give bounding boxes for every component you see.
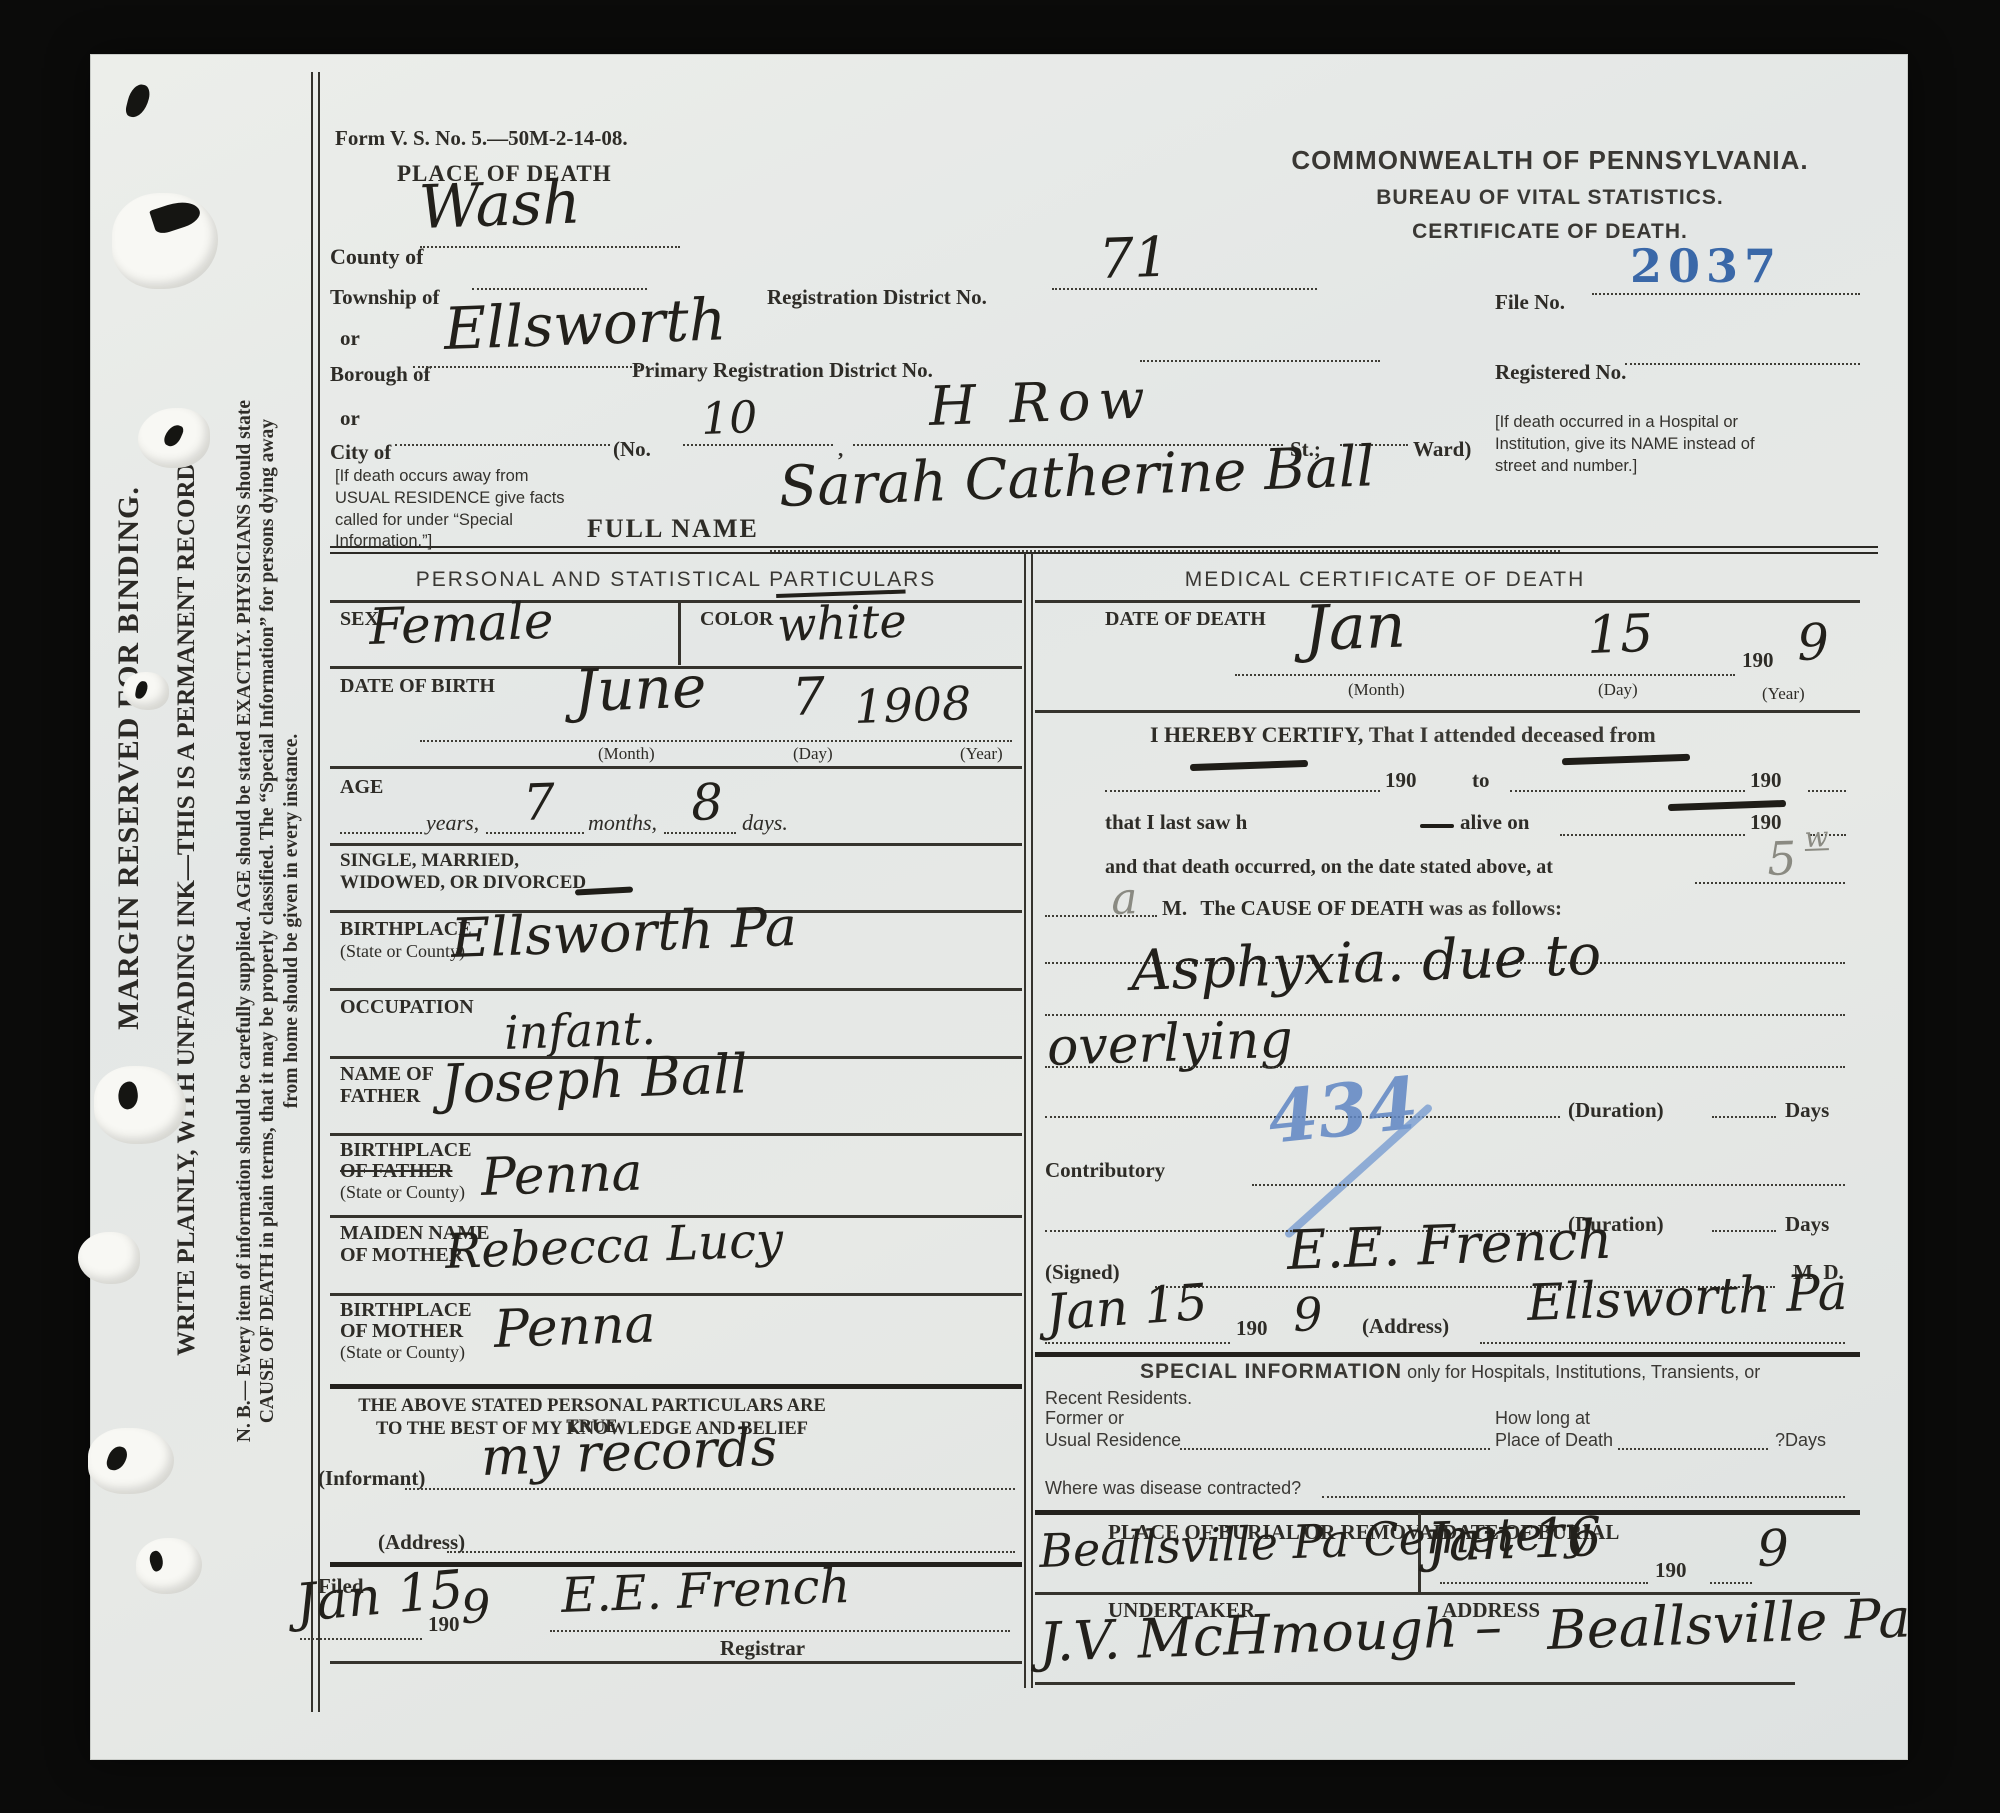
how-long-line (1618, 1448, 1768, 1450)
former-residence-label-2: Usual Residence (1045, 1430, 1181, 1451)
commonwealth-heading: COMMONWEALTH OF PENNSYLVANIA. (1240, 146, 1860, 176)
attended-to-line-2 (1808, 790, 1846, 792)
to-190-printed: 190 (1750, 768, 1782, 792)
special-rest: only for Hospitals, Institutions, Transi… (1407, 1362, 1760, 1382)
hospital-instruction-note: [If death occurred in a Hospital or Inst… (1495, 412, 1767, 477)
cause-of-death-heading: M. The CAUSE OF DEATH was as follows: (1162, 896, 1562, 920)
file-no-label: File No. (1495, 290, 1565, 314)
punch-hole (78, 1232, 140, 1284)
birthplace-value-handwritten: Ellsworth Pa (450, 900, 798, 966)
punch-hole (88, 1428, 174, 1494)
special-rest-2: Recent Residents. (1045, 1388, 1192, 1409)
column-divider-rule (1024, 553, 1033, 1688)
year-caption: (Year) (960, 744, 1003, 764)
informant-value-handwritten: my records (480, 1422, 778, 1484)
margin-nb-line3: from home should be given in every insta… (280, 111, 303, 1731)
informant-line (405, 1488, 1015, 1490)
attended-to-line (1510, 790, 1745, 792)
disease-contracted-label: Where was disease contracted? (1045, 1478, 1301, 1499)
duration-days-line-2 (1712, 1230, 1776, 1232)
how-long-label-2: Place of Death (1495, 1430, 1613, 1451)
registrar-signature-line (550, 1630, 1010, 1632)
primary-registration-label: Primary Registration District No. (632, 358, 933, 382)
certify-rest: That I attended deceased from (1369, 722, 1656, 747)
rule (1035, 1682, 1795, 1685)
age-months-handwritten: 7 (522, 777, 556, 828)
to-label: to (1472, 768, 1490, 792)
death-time-handwritten: 5 (1766, 835, 1797, 882)
dod-year-handwritten: 9 (1796, 617, 1830, 668)
occupation-label: OCCUPATION (340, 996, 474, 1019)
county-label: County of (330, 244, 424, 269)
primary-registration-line (1140, 360, 1380, 362)
death-occurred-label: and that death occurred, on the date sta… (1105, 856, 1553, 879)
county-value-handwritten: Wash (418, 172, 582, 238)
burial-date-line (1440, 1582, 1648, 1584)
burial-year-line (1710, 1582, 1752, 1584)
days-label: days. (742, 810, 788, 835)
usual-residence-note: [If death occurs away from USUAL RESIDEN… (335, 466, 570, 553)
filed-line (300, 1638, 422, 1640)
age-label: AGE (340, 776, 383, 799)
file-no-line (1592, 293, 1860, 295)
registration-district-value-handwritten: 71 (1098, 230, 1170, 287)
undertaker-value-handwritten: J.V. McHmough – (1038, 1600, 1503, 1670)
registered-no-line (1625, 363, 1860, 365)
dod-day-handwritten: 15 (1586, 608, 1654, 662)
marital-label-1: SINGLE, MARRIED, (340, 850, 519, 872)
age-line-2 (486, 832, 584, 834)
duration-label-1: (Duration) (1568, 1098, 1664, 1122)
days-label-2: Days (1785, 1212, 1829, 1236)
scanned-death-certificate: MARGIN RESERVED FOR BINDING. WRITE PLAIN… (0, 0, 2000, 1813)
city-label: City of (330, 440, 391, 464)
age-line-3 (664, 832, 736, 834)
date-of-death-line (1235, 674, 1735, 676)
special-information-heading: SPECIAL INFORMATION only for Hospitals, … (1140, 1360, 1760, 1384)
punch-hole (94, 1066, 186, 1144)
burial-date-handwritten: Jan 16 (1426, 1510, 1602, 1570)
street-value-handwritten: H Row (928, 372, 1153, 434)
day-caption: (Day) (793, 744, 833, 764)
sex-value-handwritten: Female (368, 596, 554, 652)
thick-rule (1035, 1352, 1860, 1357)
certificate-paper (90, 54, 1908, 1760)
cause-bold: The CAUSE OF DEATH (1192, 896, 1423, 920)
cause-rest: was as follows: (1429, 896, 1562, 920)
disease-contracted-line (1322, 1496, 1845, 1498)
margin-nb-line2: CAUSE OF DEATH in plain terms, that it m… (256, 111, 279, 1731)
thick-rule (330, 1384, 1022, 1389)
dob-month-handwritten: June (573, 657, 707, 720)
personal-section-title: PERSONAL AND STATISTICAL PARTICULARS (330, 568, 1022, 592)
registrar-signature-handwritten: E.E. French (560, 1562, 851, 1620)
days-question-label: ?Days (1775, 1430, 1826, 1451)
burial-year-handwritten: 9 (1756, 1523, 1790, 1574)
rule (330, 1293, 1022, 1296)
registered-no-label: Registered No. (1495, 360, 1626, 384)
age-days-handwritten: 8 (690, 777, 724, 828)
duration-days-line-1 (1712, 1116, 1776, 1118)
physician-signature-handwritten: E.E. French (1286, 1213, 1613, 1278)
alive-on-label: alive on (1460, 810, 1529, 834)
how-long-label-1: How long at (1495, 1408, 1590, 1429)
house-no-value-handwritten: 10 (700, 396, 758, 442)
dob-year-handwritten: 1908 (853, 680, 972, 730)
or-label-2: or (340, 406, 360, 430)
attended-from-line (1105, 790, 1380, 792)
death-time-sup-handwritten: w (1804, 823, 1829, 852)
father-name-label-1: NAME OF (340, 1063, 434, 1086)
days-label-1: Days (1785, 1098, 1829, 1122)
or-label-1: or (340, 326, 360, 350)
m-label: M. (1162, 896, 1187, 920)
last-saw-line (1560, 834, 1745, 836)
former-residence-label-1: Former or (1045, 1408, 1124, 1429)
contributory-label: Contributory (1045, 1158, 1165, 1182)
signed-address-line (1480, 1342, 1845, 1344)
state-county-caption: (State or County) (340, 941, 465, 962)
certify-text: I HEREBY CERTIFY, That I attended deceas… (1150, 722, 1656, 747)
state-county-caption: (State or County) (340, 1342, 465, 1363)
registrar-label: Registrar (720, 1636, 805, 1660)
mother-birthplace-value-handwritten: Penna (493, 1298, 656, 1356)
cause-value-line-2-handwritten: overlying (1046, 1013, 1293, 1074)
ward-label: Ward) (1413, 437, 1471, 461)
years-label: years, (426, 810, 479, 835)
alive-190-printed: 190 (1750, 810, 1782, 834)
rule (1035, 710, 1860, 713)
day-caption: (Day) (1598, 680, 1638, 700)
form-number: Form V. S. No. 5.—50M-2-14-08. (335, 126, 628, 150)
marital-label-2: WIDOWED, OR DIVORCED (340, 872, 586, 894)
certificate-number-stamp: 2037 (1630, 240, 1782, 293)
signed-year-printed: 190 (1236, 1316, 1268, 1340)
from-190-printed: 190 (1385, 768, 1417, 792)
date-of-birth-label: DATE OF BIRTH (340, 675, 495, 698)
color-label: COLOR (700, 608, 773, 631)
informant-address-line (447, 1551, 1015, 1553)
header-divider-rule (330, 546, 1878, 554)
month-caption: (Month) (598, 744, 655, 764)
state-county-caption: (State or County) (340, 1182, 465, 1203)
margin-nb-note: N. B.— Every item of information should … (233, 111, 303, 1731)
father-name-value-handwritten: Joseph Ball (440, 1047, 748, 1112)
township-label: Township of (330, 285, 440, 309)
month-caption: (Month) (1348, 680, 1405, 700)
months-label: months, (588, 810, 657, 835)
special-bold: SPECIAL INFORMATION (1140, 1360, 1402, 1383)
house-no-label: (No. (613, 437, 651, 461)
am-line (1045, 915, 1157, 917)
signed-date-handwritten: Jan 15 (1045, 1277, 1210, 1338)
rule (1035, 600, 1860, 603)
county-line (420, 246, 680, 248)
year-caption: (Year) (1762, 684, 1805, 704)
case-number-blue-pencil: 434 (1264, 1067, 1421, 1154)
borough-line (413, 366, 648, 368)
age-line-1 (340, 832, 422, 834)
dod-year-printed: 190 (1742, 648, 1774, 672)
former-residence-line (1180, 1448, 1490, 1450)
mother-birthplace-label-2: OF MOTHER (340, 1320, 463, 1343)
undertaker-address-handwritten: Beallsville Pa (1546, 1591, 1911, 1658)
dob-line (420, 740, 1012, 742)
last-saw-dash (1420, 824, 1454, 828)
margin-nb-line1: N. B.— Every item of information should … (233, 111, 256, 1731)
registration-district-line (1052, 288, 1317, 290)
father-birthplace-label-2: OF FATHER (340, 1160, 452, 1183)
date-of-death-label: DATE OF DEATH (1105, 608, 1266, 631)
certify-bold: I HEREBY CERTIFY, (1150, 722, 1363, 747)
rule (330, 1661, 1022, 1664)
cause-value-line-1-handwritten: Asphyxia. due to (1130, 928, 1602, 1000)
margin-binding-text: MARGIN RESERVED FOR BINDING. (111, 448, 145, 1068)
city-line (395, 444, 610, 446)
cause-line-3 (1045, 1066, 1845, 1068)
burial-year-printed: 190 (1655, 1558, 1687, 1582)
color-value-handwritten: white (776, 598, 907, 648)
mother-maiden-value-handwritten: Rebecca Lucy (444, 1216, 784, 1276)
bureau-heading: BUREAU OF VITAL STATISTICS. (1240, 186, 1860, 210)
dob-day-handwritten: 7 (791, 671, 826, 724)
rule (330, 843, 1022, 846)
full-name-label: FULL NAME (587, 514, 759, 544)
contributory-line (1252, 1184, 1845, 1186)
dod-month-handwritten: Jan (1303, 594, 1407, 660)
rule (330, 1133, 1022, 1136)
borough-value-handwritten: Ellsworth (443, 290, 727, 358)
signed-address-handwritten: Ellsworth Pa (1526, 1267, 1848, 1328)
signed-address-label: (Address) (1362, 1314, 1449, 1338)
filed-year-handwritten: 9 (460, 1583, 491, 1630)
rule (330, 988, 1022, 991)
signed-date-line (1045, 1342, 1230, 1344)
margin-write-plainly-text: WRITE PLAINLY, WITH UNFADING INK—THIS IS… (172, 291, 200, 1521)
father-birthplace-label-1: BIRTHPLACE (340, 1139, 472, 1162)
registration-district-label: Registration District No. (767, 285, 987, 309)
signed-year-handwritten: 9 (1292, 1291, 1323, 1338)
filed-year-printed: 190 (428, 1612, 460, 1636)
last-saw-label: that I last saw h (1105, 810, 1247, 834)
father-name-label-2: FATHER (340, 1085, 420, 1108)
informant-label: (Informant) (318, 1466, 425, 1490)
mother-birthplace-label-1: BIRTHPLACE (340, 1299, 472, 1322)
father-birthplace-value-handwritten: Penna (480, 1146, 643, 1204)
rule (330, 766, 1022, 769)
